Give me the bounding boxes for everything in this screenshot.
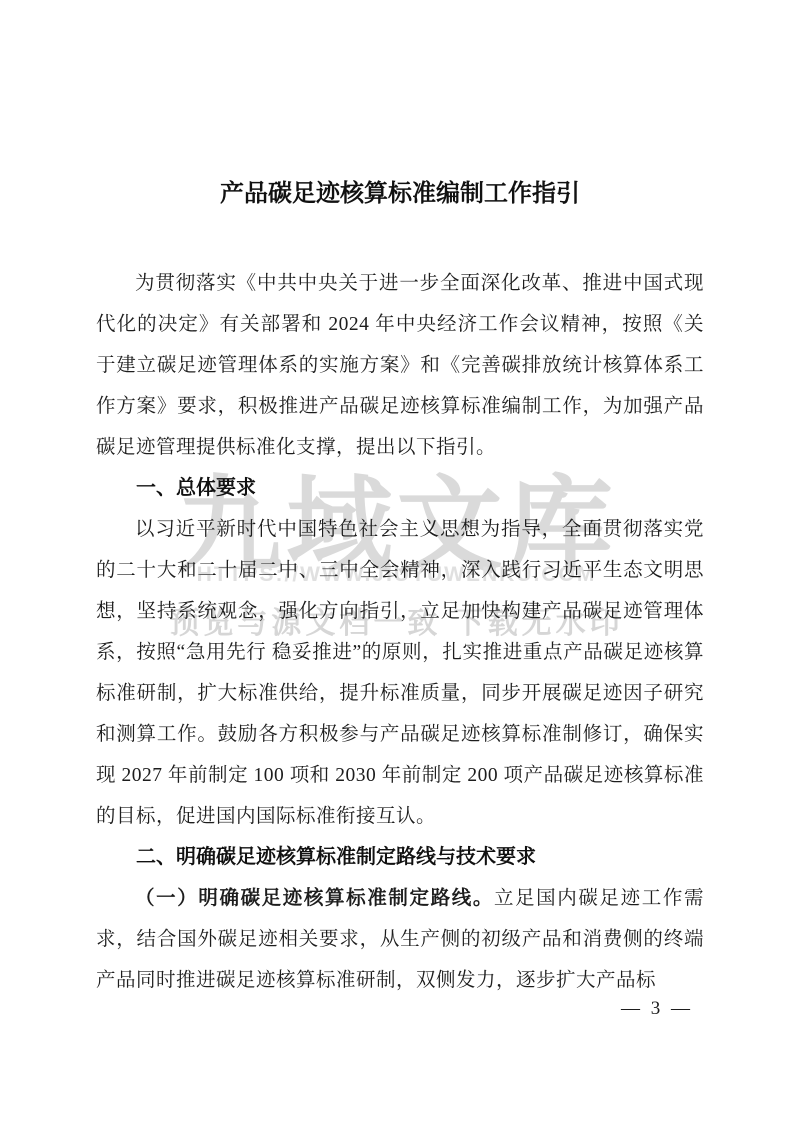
section-heading-route-and-technical-requirements: 二、明确碳足迹核算标准制定路线与技术要求 (96, 837, 704, 878)
document-title: 产品碳足迹核算标准编制工作指引 (96, 178, 704, 210)
document-page: 九域文库 HTTPS://WWW.JIUYUWENKU.COM 预览与源文档一致… (0, 0, 793, 1122)
page-number: — 3 — (621, 998, 693, 1020)
document-content: 产品碳足迹核算标准编制工作指引 为贯彻落实《中共中央关于进一步全面深化改革、推进… (96, 0, 704, 1001)
paragraph-route-lead: （一）明确碳足迹核算标准制定路线。 (135, 888, 494, 909)
paragraph-preamble: 为贯彻落实《中共中央关于进一步全面深化改革、推进中国式现代化的决定》有关部署和 … (96, 263, 704, 468)
paragraph-overall-requirements: 以习近平新时代中国特色社会主义思想为指导，全面贯彻落实党的二十大和二十届二中、三… (96, 509, 704, 837)
section-heading-overall-requirements: 一、总体要求 (96, 468, 704, 509)
paragraph-route-definition: （一）明确碳足迹核算标准制定路线。立足国内碳足迹工作需求，结合国外碳足迹相关要求… (96, 878, 704, 1001)
